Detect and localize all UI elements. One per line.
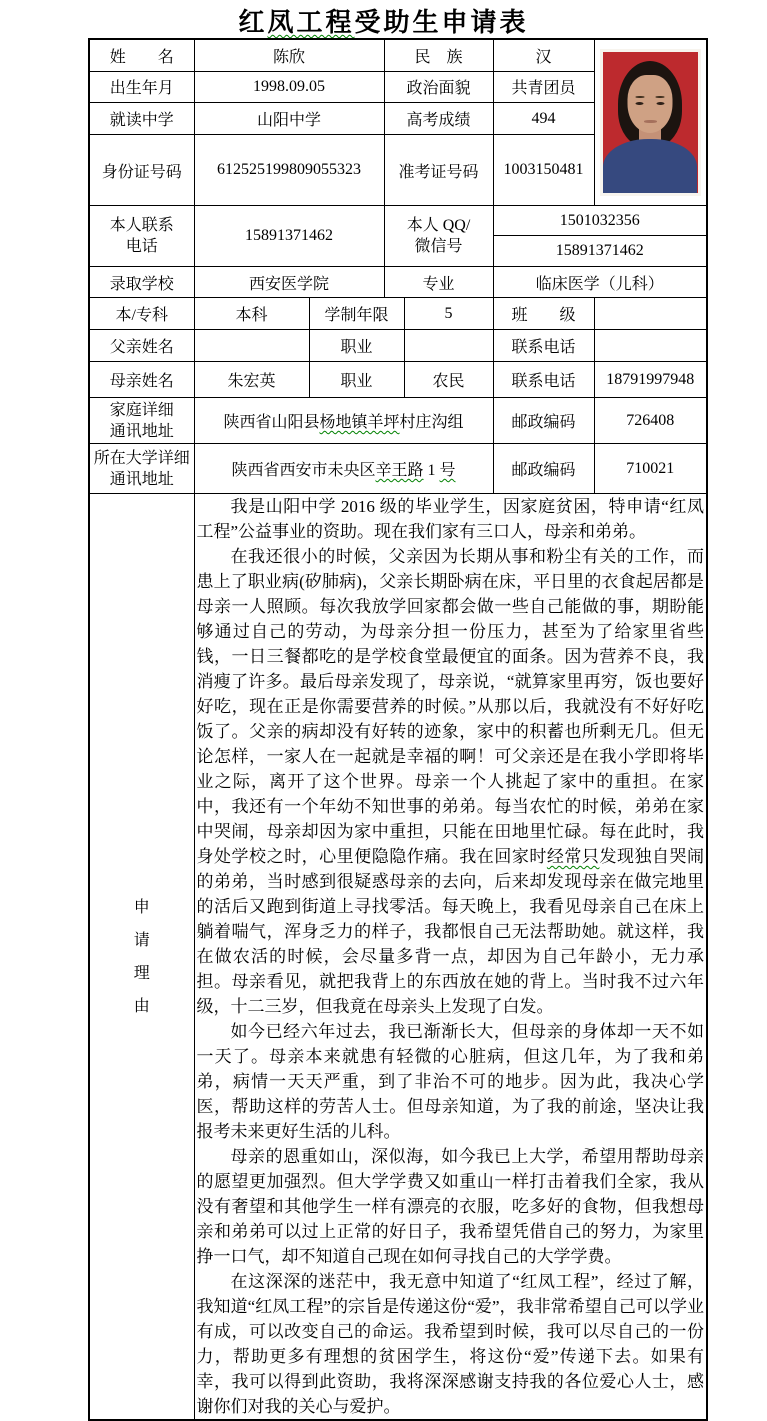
reason-label-text: 申请理由 — [133, 891, 151, 1023]
father-job-label: 职业 — [309, 330, 404, 362]
page-title: 红凤工程受助生申请表 — [0, 2, 767, 39]
mother-phone-value: 18791997948 — [594, 362, 707, 398]
gaokao-score-value: 494 — [493, 103, 594, 135]
exam-number-label: 准考证号码 — [384, 135, 493, 206]
row-univ-address: 所在大学详细 通讯地址 陕西省西安市未央区辛王路 1 号 邮政编码 710021 — [89, 444, 707, 494]
home-zip-value: 726408 — [594, 398, 707, 444]
reason-label: 申请理由 — [89, 494, 194, 1421]
id-photo — [600, 49, 701, 196]
id-number-value: 612525199809055323 — [194, 135, 384, 206]
birth-value: 1998.09.05 — [194, 71, 384, 102]
photo-brow-right — [656, 96, 665, 98]
photo-eye-left — [636, 102, 644, 105]
major-value: 临床医学（儿科） — [493, 267, 707, 298]
phone-value: 15891371462 — [194, 206, 384, 267]
ethnicity-label: 民 族 — [384, 39, 493, 71]
row-father: 父亲姓名 职业 联系电话 — [89, 330, 707, 362]
political-label: 政治面貌 — [384, 71, 493, 102]
political-value: 共青团员 — [493, 71, 594, 102]
class-value — [594, 298, 707, 330]
mother-job-value: 农民 — [404, 362, 493, 398]
father-phone-value — [594, 330, 707, 362]
photo-eye-right — [657, 102, 665, 105]
photo-face — [628, 75, 673, 133]
row-name-ethnicity: 姓 名 陈欣 民 族 汉 — [89, 39, 707, 71]
phone-label: 本人联系 电话 — [89, 206, 194, 267]
qq-value: 1501032356 — [493, 206, 707, 236]
reason-content: 我是山阳中学 2016 级的毕业学生，因家庭贫困，特申请“红凤工程”公益事业的资… — [194, 494, 707, 1421]
photo-background — [603, 52, 698, 193]
id-number-label: 身份证号码 — [89, 135, 194, 206]
mother-job-label: 职业 — [309, 362, 404, 398]
row-phone-qq-1: 本人联系 电话 15891371462 本人 QQ/ 微信号 150103235… — [89, 206, 707, 236]
home-zip-label: 邮政编码 — [493, 398, 594, 444]
mother-name-label: 母亲姓名 — [89, 362, 194, 398]
application-form-table: 姓 名 陈欣 民 族 汉 出 — [88, 38, 708, 1421]
row-reason: 申请理由 我是山阳中学 2016 级的毕业学生，因家庭贫困，特申请“红凤工程”公… — [89, 494, 707, 1421]
degree-label: 本/专科 — [89, 298, 194, 330]
name-value: 陈欣 — [194, 39, 384, 71]
father-name-label: 父亲姓名 — [89, 330, 194, 362]
univ-address-label: 所在大学详细 通讯地址 — [89, 444, 194, 494]
mother-name-value: 朱宏英 — [194, 362, 309, 398]
gaokao-score-label: 高考成绩 — [384, 103, 493, 135]
row-college-major: 录取学校 西安医学院 专业 临床医学（儿科） — [89, 267, 707, 298]
birth-label: 出生年月 — [89, 71, 194, 102]
photo-brow-left — [636, 96, 645, 98]
mother-phone-label: 联系电话 — [493, 362, 594, 398]
ethnicity-value: 汉 — [493, 39, 594, 71]
high-school-value: 山阳中学 — [194, 103, 384, 135]
father-job-value — [404, 330, 493, 362]
univ-address-value: 陕西省西安市未央区辛王路 1 号 — [194, 444, 493, 494]
univ-zip-value: 710021 — [594, 444, 707, 494]
exam-number-value: 1003150481 — [493, 135, 594, 206]
college-value: 西安医学院 — [194, 267, 384, 298]
name-label: 姓 名 — [89, 39, 194, 71]
row-home-address: 家庭详细 通讯地址 陕西省山阳县杨地镇羊坪村庄沟组 邮政编码 726408 — [89, 398, 707, 444]
major-label: 专业 — [384, 267, 493, 298]
high-school-label: 就读中学 — [89, 103, 194, 135]
photo-mouth — [644, 120, 657, 123]
class-label: 班 级 — [493, 298, 594, 330]
wechat-value: 15891371462 — [493, 236, 707, 267]
univ-zip-label: 邮政编码 — [493, 444, 594, 494]
father-phone-label: 联系电话 — [493, 330, 594, 362]
photo-cell — [594, 39, 707, 206]
row-degree-duration-class: 本/专科 本科 学制年限 5 班 级 — [89, 298, 707, 330]
degree-value: 本科 — [194, 298, 309, 330]
college-label: 录取学校 — [89, 267, 194, 298]
duration-label: 学制年限 — [309, 298, 404, 330]
home-address-value: 陕西省山阳县杨地镇羊坪村庄沟组 — [194, 398, 493, 444]
qq-wechat-label: 本人 QQ/ 微信号 — [384, 206, 493, 267]
duration-value: 5 — [404, 298, 493, 330]
photo-shirt — [603, 139, 697, 193]
home-address-label: 家庭详细 通讯地址 — [89, 398, 194, 444]
father-name-value — [194, 330, 309, 362]
row-mother: 母亲姓名 朱宏英 职业 农民 联系电话 18791997948 — [89, 362, 707, 398]
